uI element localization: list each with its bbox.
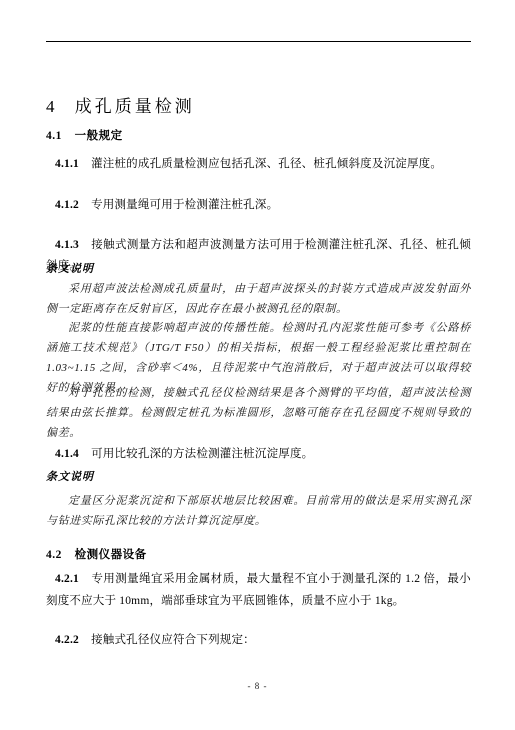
clause-text: 专用测量绳可用于检测灌注桩孔深。 [91,199,278,211]
commentary-paragraph: 对于孔径的检测，接触式孔径仪检测结果是各个测臂的平均值，超声波法检测结果由弦长推… [46,383,471,443]
section-title: 一般规定 [75,130,123,142]
chapter-heading: 4 成孔质量检测 [46,92,195,117]
section-title: 检测仪器设备 [75,549,147,561]
clause-4-1-4: 4.1.4 可用比较孔深的方法检测灌注桩沉淀厚度。 [46,444,471,465]
clause-4-2-2: 4.2.2 接触式孔径仪应符合下列规定： [46,630,471,651]
clause-number: 4.2.1 [55,573,79,585]
clause-text: 专用测量绳宜采用金属材质，最大量程不宜小于测量孔深的 1.2 倍，最小刻度不应大… [46,573,471,607]
clause-number: 4.1.1 [55,158,79,170]
clause-text: 灌注桩的成孔质量检测应包括孔深、孔径、桩孔倾斜度及沉淀厚度。 [91,158,442,170]
clause-4-1-2: 4.1.2 专用测量绳可用于检测灌注桩孔深。 [46,195,471,216]
commentary-paragraph: 采用超声波法检测成孔质量时，由于超声波探头的封装方式造成声波发射面外侧一定距离存… [46,279,471,319]
clause-text: 可用比较孔深的方法检测灌注桩沉淀厚度。 [91,448,313,460]
clause-number: 4.1.3 [55,239,79,251]
commentary-heading: 条文说明 [46,260,94,276]
commentary-paragraph: 定量区分泥浆沉淀和下部原状地层比较困难。目前常用的做法是采用实测孔深与钻进实际孔… [46,491,471,531]
section-heading-4-2: 4.2 检测仪器设备 [46,546,147,562]
section-heading-4-1: 4.1 一般规定 [46,127,123,143]
clause-4-2-1: 4.2.1 专用测量绳宜采用金属材质，最大量程不宜小于测量孔深的 1.2 倍，最… [46,568,471,612]
clause-number: 4.1.2 [55,199,79,211]
clause-text: 接触式测量方法和超声波测量方法可用于检测灌注桩孔深、孔径、桩孔倾斜度。 [46,239,471,272]
commentary-heading: 条文说明 [46,468,94,484]
header-rule [46,41,471,42]
page-number: - 8 - [0,681,515,691]
clause-number: 4.2.2 [55,634,79,646]
section-number: 4.2 [46,549,62,561]
clause-4-1-3: 4.1.3 接触式测量方法和超声波测量方法可用于检测灌注桩孔深、孔径、桩孔倾斜度… [46,235,471,277]
clause-4-1-1: 4.1.1 灌注桩的成孔质量检测应包括孔深、孔径、桩孔倾斜度及沉淀厚度。 [46,154,471,175]
chapter-title: 成孔质量检测 [75,97,195,116]
clause-number: 4.1.4 [55,448,79,460]
document-page: 4 成孔质量检测 4.1 一般规定 4.1.1 灌注桩的成孔质量检测应包括孔深、… [0,0,515,730]
clause-text: 接触式孔径仪应符合下列规定： [91,634,255,646]
chapter-number: 4 [46,97,55,116]
section-number: 4.1 [46,130,62,142]
